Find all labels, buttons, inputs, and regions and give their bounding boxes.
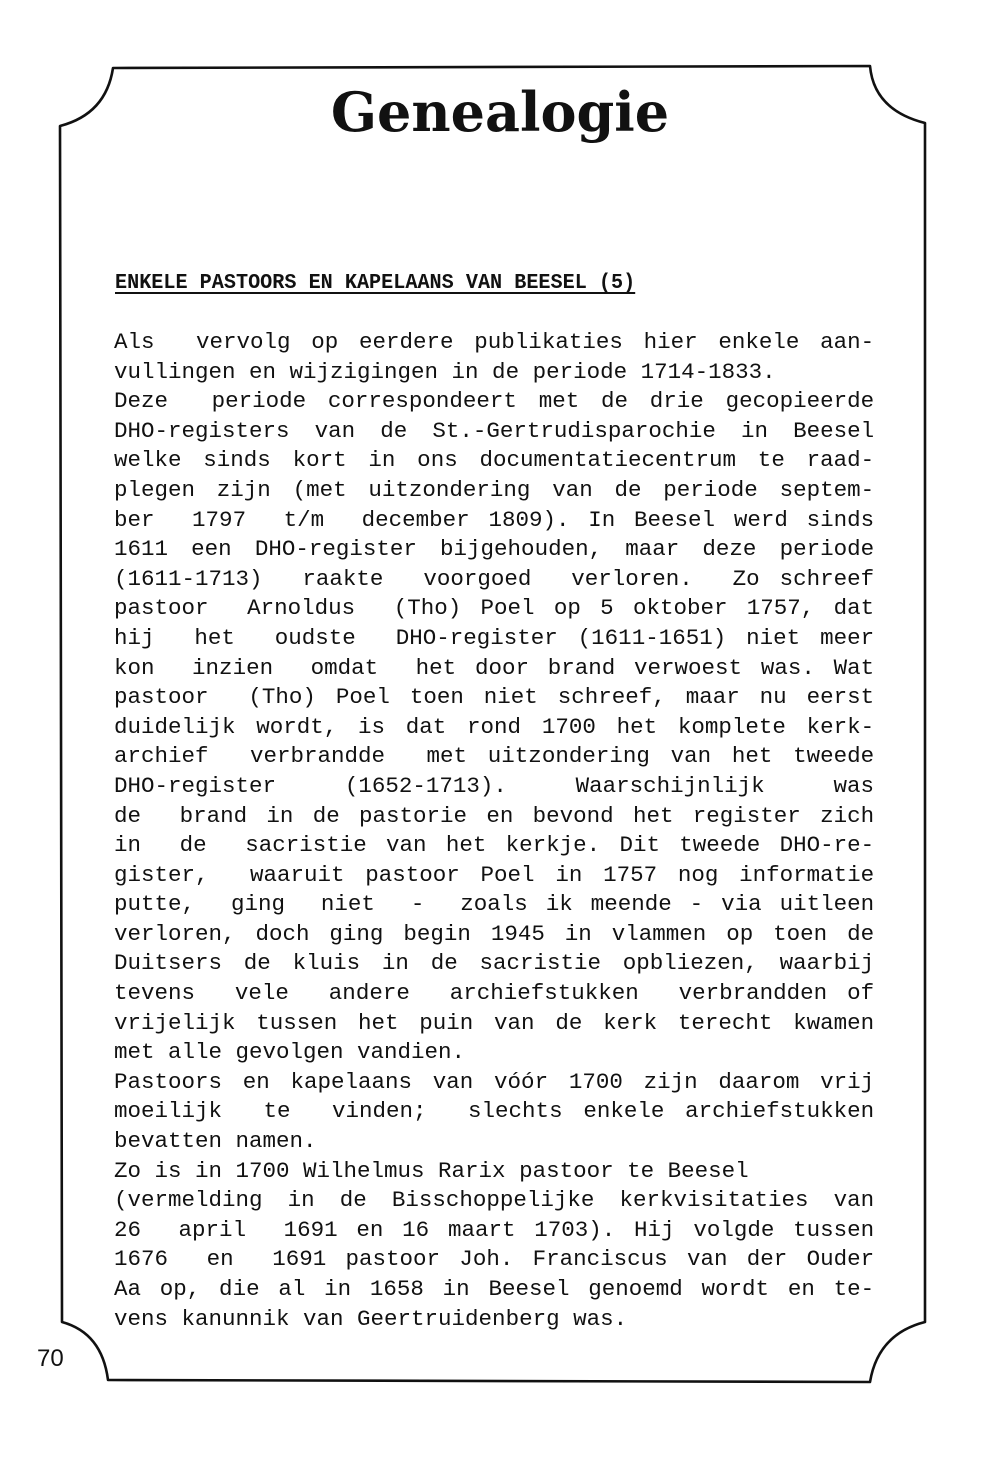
body-line: welke sinds kort in ons documentatiecent… bbox=[114, 446, 874, 476]
body-line: 1676 en 1691 pastoor Joh. Franciscus van… bbox=[114, 1245, 874, 1275]
body-line: Pastoors en kapelaans van vóór 1700 zijn… bbox=[114, 1068, 874, 1098]
body-line: (1611-1713) raakte voorgoed verloren. Zo… bbox=[114, 565, 874, 595]
body-line: in de sacristie van het kerkje. Dit twee… bbox=[114, 831, 874, 861]
body-line: kon inzien omdat het door brand verwoest… bbox=[114, 654, 874, 684]
body-line: met alle gevolgen vandien. bbox=[114, 1038, 874, 1068]
body-line: pastoor (Tho) Poel toen niet schreef, ma… bbox=[114, 683, 874, 713]
body-line: bevatten namen. bbox=[114, 1127, 874, 1157]
body-line: 26 april 1691 en 16 maart 1703). Hij vol… bbox=[114, 1216, 874, 1246]
body-line: DHO-register (1652-1713). Waarschijnlijk… bbox=[114, 772, 874, 802]
body-line: 1611 een DHO-register bijgehouden, maar … bbox=[114, 535, 874, 565]
body-line: hij het oudste DHO-register (1611-1651) … bbox=[114, 624, 874, 654]
body-line: gister, waaruit pastoor Poel in 1757 nog… bbox=[114, 861, 874, 891]
body-line: duidelijk wordt, is dat rond 1700 het ko… bbox=[114, 713, 874, 743]
section-title: Genealogie bbox=[0, 80, 1000, 144]
body-line: Als vervolg op eerdere publikaties hier … bbox=[114, 328, 874, 358]
body-line: archief verbrandde met uitzondering van … bbox=[114, 742, 874, 772]
body-line: de brand in de pastorie en bevond het re… bbox=[114, 802, 874, 832]
body-line: putte, ging niet - zoals ik meende - via… bbox=[114, 890, 874, 920]
body-line: vrijelijk tussen het puin van de kerk te… bbox=[114, 1009, 874, 1039]
body-line: ber 1797 t/m december 1809). In Beesel w… bbox=[114, 506, 874, 536]
body-line: Deze periode correspondeert met de drie … bbox=[114, 387, 874, 417]
body-line: Zo is in 1700 Wilhelmus Rarix pastoor te… bbox=[114, 1157, 874, 1187]
body-line: verloren, doch ging begin 1945 in vlamme… bbox=[114, 920, 874, 950]
body-line: vens kanunnik van Geertruidenberg was. bbox=[114, 1305, 874, 1335]
body-line: plegen zijn (met uitzondering van de per… bbox=[114, 476, 874, 506]
article-body: Als vervolg op eerdere publikaties hier … bbox=[114, 328, 874, 1334]
body-line: DHO-registers van de St.-Gertrudisparoch… bbox=[114, 417, 874, 447]
page-number: 70 bbox=[37, 1345, 64, 1373]
body-line: (vermelding in de Bisschoppelijke kerkvi… bbox=[114, 1186, 874, 1216]
body-line: moeilijk te vinden; slechts enkele archi… bbox=[114, 1097, 874, 1127]
body-line: pastoor Arnoldus (Tho) Poel op 5 oktober… bbox=[114, 594, 874, 624]
body-line: vullingen en wijzigingen in de periode 1… bbox=[114, 358, 874, 388]
body-line: Aa op, die al in 1658 in Beesel genoemd … bbox=[114, 1275, 874, 1305]
body-line: tevens vele andere archiefstukken verbra… bbox=[114, 979, 874, 1009]
body-line: Duitsers de kluis in de sacristie opblie… bbox=[114, 949, 874, 979]
article-heading: ENKELE PASTOORS EN KAPELAANS VAN BEESEL … bbox=[115, 272, 635, 295]
